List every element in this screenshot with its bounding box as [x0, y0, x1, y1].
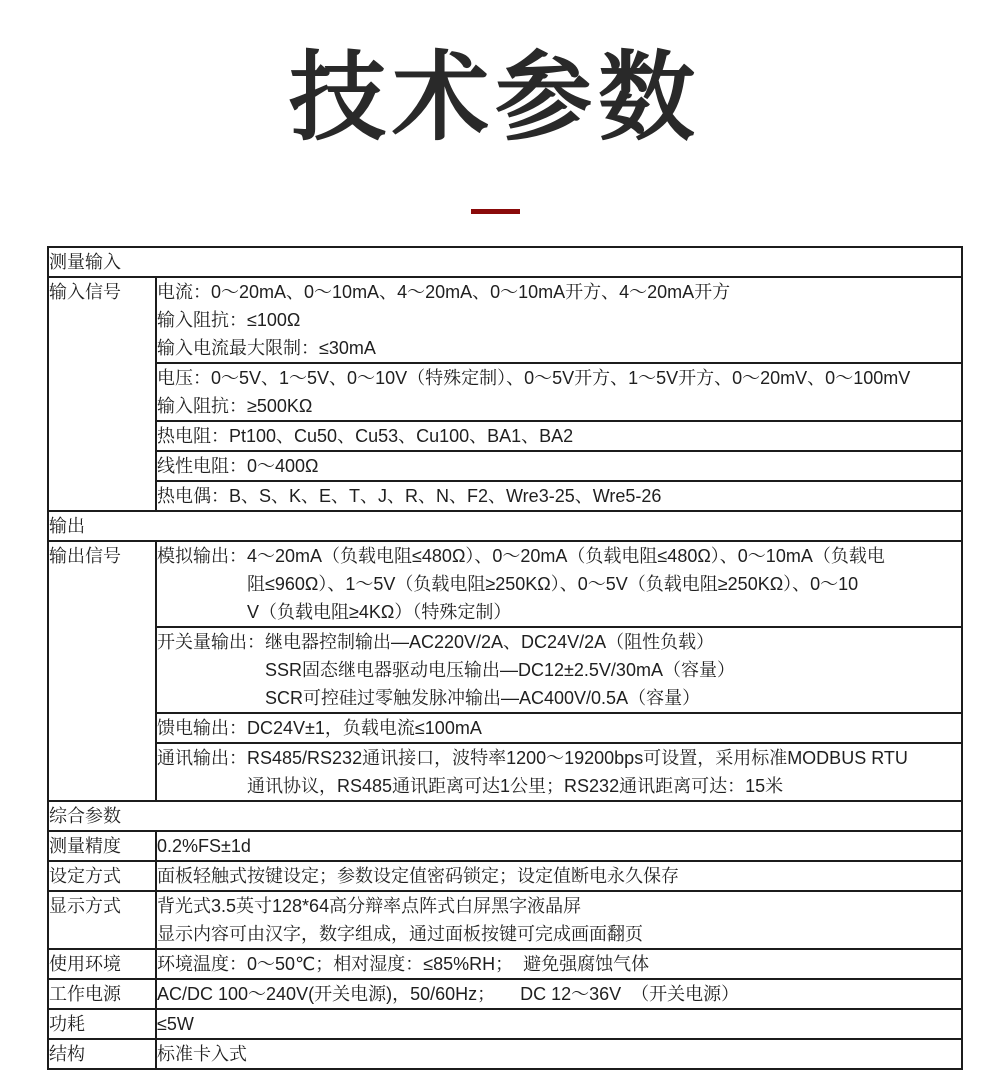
switch-line-2: SSR固态继电器驱动电压输出—DC12±2.5V/30mA（容量） [157, 656, 961, 684]
structure-line: 标准卡入式 [157, 1040, 961, 1068]
row-label-structure: 结构 [48, 1039, 156, 1069]
title-divider [471, 209, 520, 214]
row-voltage-input: 电压：0～5V、1～5V、0～10V（特殊定制）、0～5V开方、1～5V开方、0… [48, 363, 962, 421]
switch-line-1: 开关量输出：继电器控制输出—AC220V/2A、DC24V/2A（阻性负载） [157, 628, 961, 656]
row-environment: 使用环境 环境温度：0～50℃；相对湿度：≤85%RH； 避免强腐蚀气体 [48, 949, 962, 979]
row-power: 工作电源 AC/DC 100～240V(开关电源)，50/60Hz； DC 12… [48, 979, 962, 1009]
cell-current-input: 电流：0～20mA、0～10mA、4～20mA、0～10mA开方、4～20mA开… [156, 277, 962, 363]
cell-thermocouple: 热电偶：B、S、K、E、T、J、R、N、F2、Wre3-25、Wre5-26 [156, 481, 962, 511]
section-row-general: 综合参数 [48, 801, 962, 831]
row-label-accuracy: 测量精度 [48, 831, 156, 861]
row-switch-output: 开关量输出：继电器控制输出—AC220V/2A、DC24V/2A（阻性负载） S… [48, 627, 962, 713]
row-output-signal: 输出信号 模拟输出：4～20mA（负载电阻≤480Ω）、0～20mA（负载电阻≤… [48, 541, 962, 627]
linear-resistance-line: 线性电阻：0～400Ω [157, 452, 961, 480]
cell-linear-resistance: 线性电阻：0～400Ω [156, 451, 962, 481]
section-row-measurement-input: 测量输入 [48, 247, 962, 277]
cell-analog-output: 模拟输出：4～20mA（负载电阻≤480Ω）、0～20mA（负载电阻≤480Ω）… [156, 541, 962, 627]
row-label-power: 工作电源 [48, 979, 156, 1009]
analog-line-2: 阻≤960Ω）、1～5V（负载电阻≥250KΩ）、0～5V（负载电阻≥250KΩ… [157, 570, 961, 598]
cell-structure: 标准卡入式 [156, 1039, 962, 1069]
cell-switch-output: 开关量输出：继电器控制输出—AC220V/2A、DC24V/2A（阻性负载） S… [156, 627, 962, 713]
row-thermocouple: 热电偶：B、S、K、E、T、J、R、N、F2、Wre3-25、Wre5-26 [48, 481, 962, 511]
display-line-2: 显示内容可由汉字，数字组成，通过面板按键可完成画面翻页 [157, 920, 961, 948]
section-header-general: 综合参数 [48, 801, 962, 831]
row-label-input-signal: 输入信号 [48, 277, 156, 511]
cell-consumption: ≤5W [156, 1009, 962, 1039]
cell-feed-output: 馈电输出：DC24V±1，负载电流≤100mA [156, 713, 962, 743]
row-display: 显示方式 背光式3.5英寸128*64高分辩率点阵式白屏黑字液晶屏 显示内容可由… [48, 891, 962, 949]
cell-power: AC/DC 100～240V(开关电源)，50/60Hz； DC 12～36V … [156, 979, 962, 1009]
cell-accuracy: 0.2%FS±1d [156, 831, 962, 861]
comm-line-1: 通讯输出：RS485/RS232通讯接口，波特率1200～19200bps可设置… [157, 744, 961, 772]
current-line-3: 输入电流最大限制：≤30mA [157, 334, 961, 362]
row-setting: 设定方式 面板轻触式按键设定；参数设定值密码锁定；设定值断电永久保存 [48, 861, 962, 891]
thermocouple-line: 热电偶：B、S、K、E、T、J、R、N、F2、Wre3-25、Wre5-26 [157, 482, 961, 510]
row-label-consumption: 功耗 [48, 1009, 156, 1039]
setting-line: 面板轻触式按键设定；参数设定值密码锁定；设定值断电永久保存 [157, 862, 961, 890]
rtd-line: 热电阻：Pt100、Cu50、Cu53、Cu100、BA1、BA2 [157, 422, 961, 450]
consumption-line: ≤5W [157, 1010, 961, 1038]
switch-line-3: SCR可控硅过零触发脉冲输出—AC400V/0.5A（容量） [157, 684, 961, 712]
row-accuracy: 测量精度 0.2%FS±1d [48, 831, 962, 861]
current-line-2: 输入阻抗：≤100Ω [157, 306, 961, 334]
comm-line-2: 通讯协议，RS485通讯距离可达1公里；RS232通讯距离可达：15米 [157, 772, 961, 800]
page-title: 技术参数 [0, 44, 990, 153]
row-structure: 结构 标准卡入式 [48, 1039, 962, 1069]
display-line-1: 背光式3.5英寸128*64高分辩率点阵式白屏黑字液晶屏 [157, 892, 961, 920]
row-comm-output: 通讯输出：RS485/RS232通讯接口，波特率1200～19200bps可设置… [48, 743, 962, 801]
analog-line-3: V（负载电阻≥4KΩ）（特殊定制） [157, 598, 961, 626]
row-label-setting: 设定方式 [48, 861, 156, 891]
power-line: AC/DC 100～240V(开关电源)，50/60Hz； DC 12～36V … [157, 980, 961, 1008]
voltage-line-1: 电压：0～5V、1～5V、0～10V（特殊定制）、0～5V开方、1～5V开方、0… [157, 364, 961, 392]
row-input-signal: 输入信号 电流：0～20mA、0～10mA、4～20mA、0～10mA开方、4～… [48, 277, 962, 363]
cell-voltage-input: 电压：0～5V、1～5V、0～10V（特殊定制）、0～5V开方、1～5V开方、0… [156, 363, 962, 421]
environment-line: 环境温度：0～50℃；相对湿度：≤85%RH； 避免强腐蚀气体 [157, 950, 961, 978]
cell-rtd: 热电阻：Pt100、Cu50、Cu53、Cu100、BA1、BA2 [156, 421, 962, 451]
row-label-display: 显示方式 [48, 891, 156, 949]
row-label-output-signal: 输出信号 [48, 541, 156, 801]
cell-environment: 环境温度：0～50℃；相对湿度：≤85%RH； 避免强腐蚀气体 [156, 949, 962, 979]
row-feed-output: 馈电输出：DC24V±1，负载电流≤100mA [48, 713, 962, 743]
cell-setting: 面板轻触式按键设定；参数设定值密码锁定；设定值断电永久保存 [156, 861, 962, 891]
section-header-measurement-input: 测量输入 [48, 247, 962, 277]
section-row-output: 输出 [48, 511, 962, 541]
section-header-output: 输出 [48, 511, 962, 541]
feed-output-line: 馈电输出：DC24V±1，负载电流≤100mA [157, 714, 961, 742]
row-label-environment: 使用环境 [48, 949, 156, 979]
spec-page: 技术参数 测量输入 输入信号 电流：0～20mA、0～10mA、4～20mA、0… [0, 44, 990, 1070]
accuracy-line: 0.2%FS±1d [157, 832, 961, 860]
row-linear-resistance: 线性电阻：0～400Ω [48, 451, 962, 481]
analog-line-1: 模拟输出：4～20mA（负载电阻≤480Ω）、0～20mA（负载电阻≤480Ω）… [157, 542, 961, 570]
row-consumption: 功耗 ≤5W [48, 1009, 962, 1039]
row-rtd: 热电阻：Pt100、Cu50、Cu53、Cu100、BA1、BA2 [48, 421, 962, 451]
spec-table: 测量输入 输入信号 电流：0～20mA、0～10mA、4～20mA、0～10mA… [47, 246, 963, 1070]
voltage-line-2: 输入阻抗：≥500KΩ [157, 392, 961, 420]
cell-comm-output: 通讯输出：RS485/RS232通讯接口，波特率1200～19200bps可设置… [156, 743, 962, 801]
current-line-1: 电流：0～20mA、0～10mA、4～20mA、0～10mA开方、4～20mA开… [157, 278, 961, 306]
cell-display: 背光式3.5英寸128*64高分辩率点阵式白屏黑字液晶屏 显示内容可由汉字，数字… [156, 891, 962, 949]
